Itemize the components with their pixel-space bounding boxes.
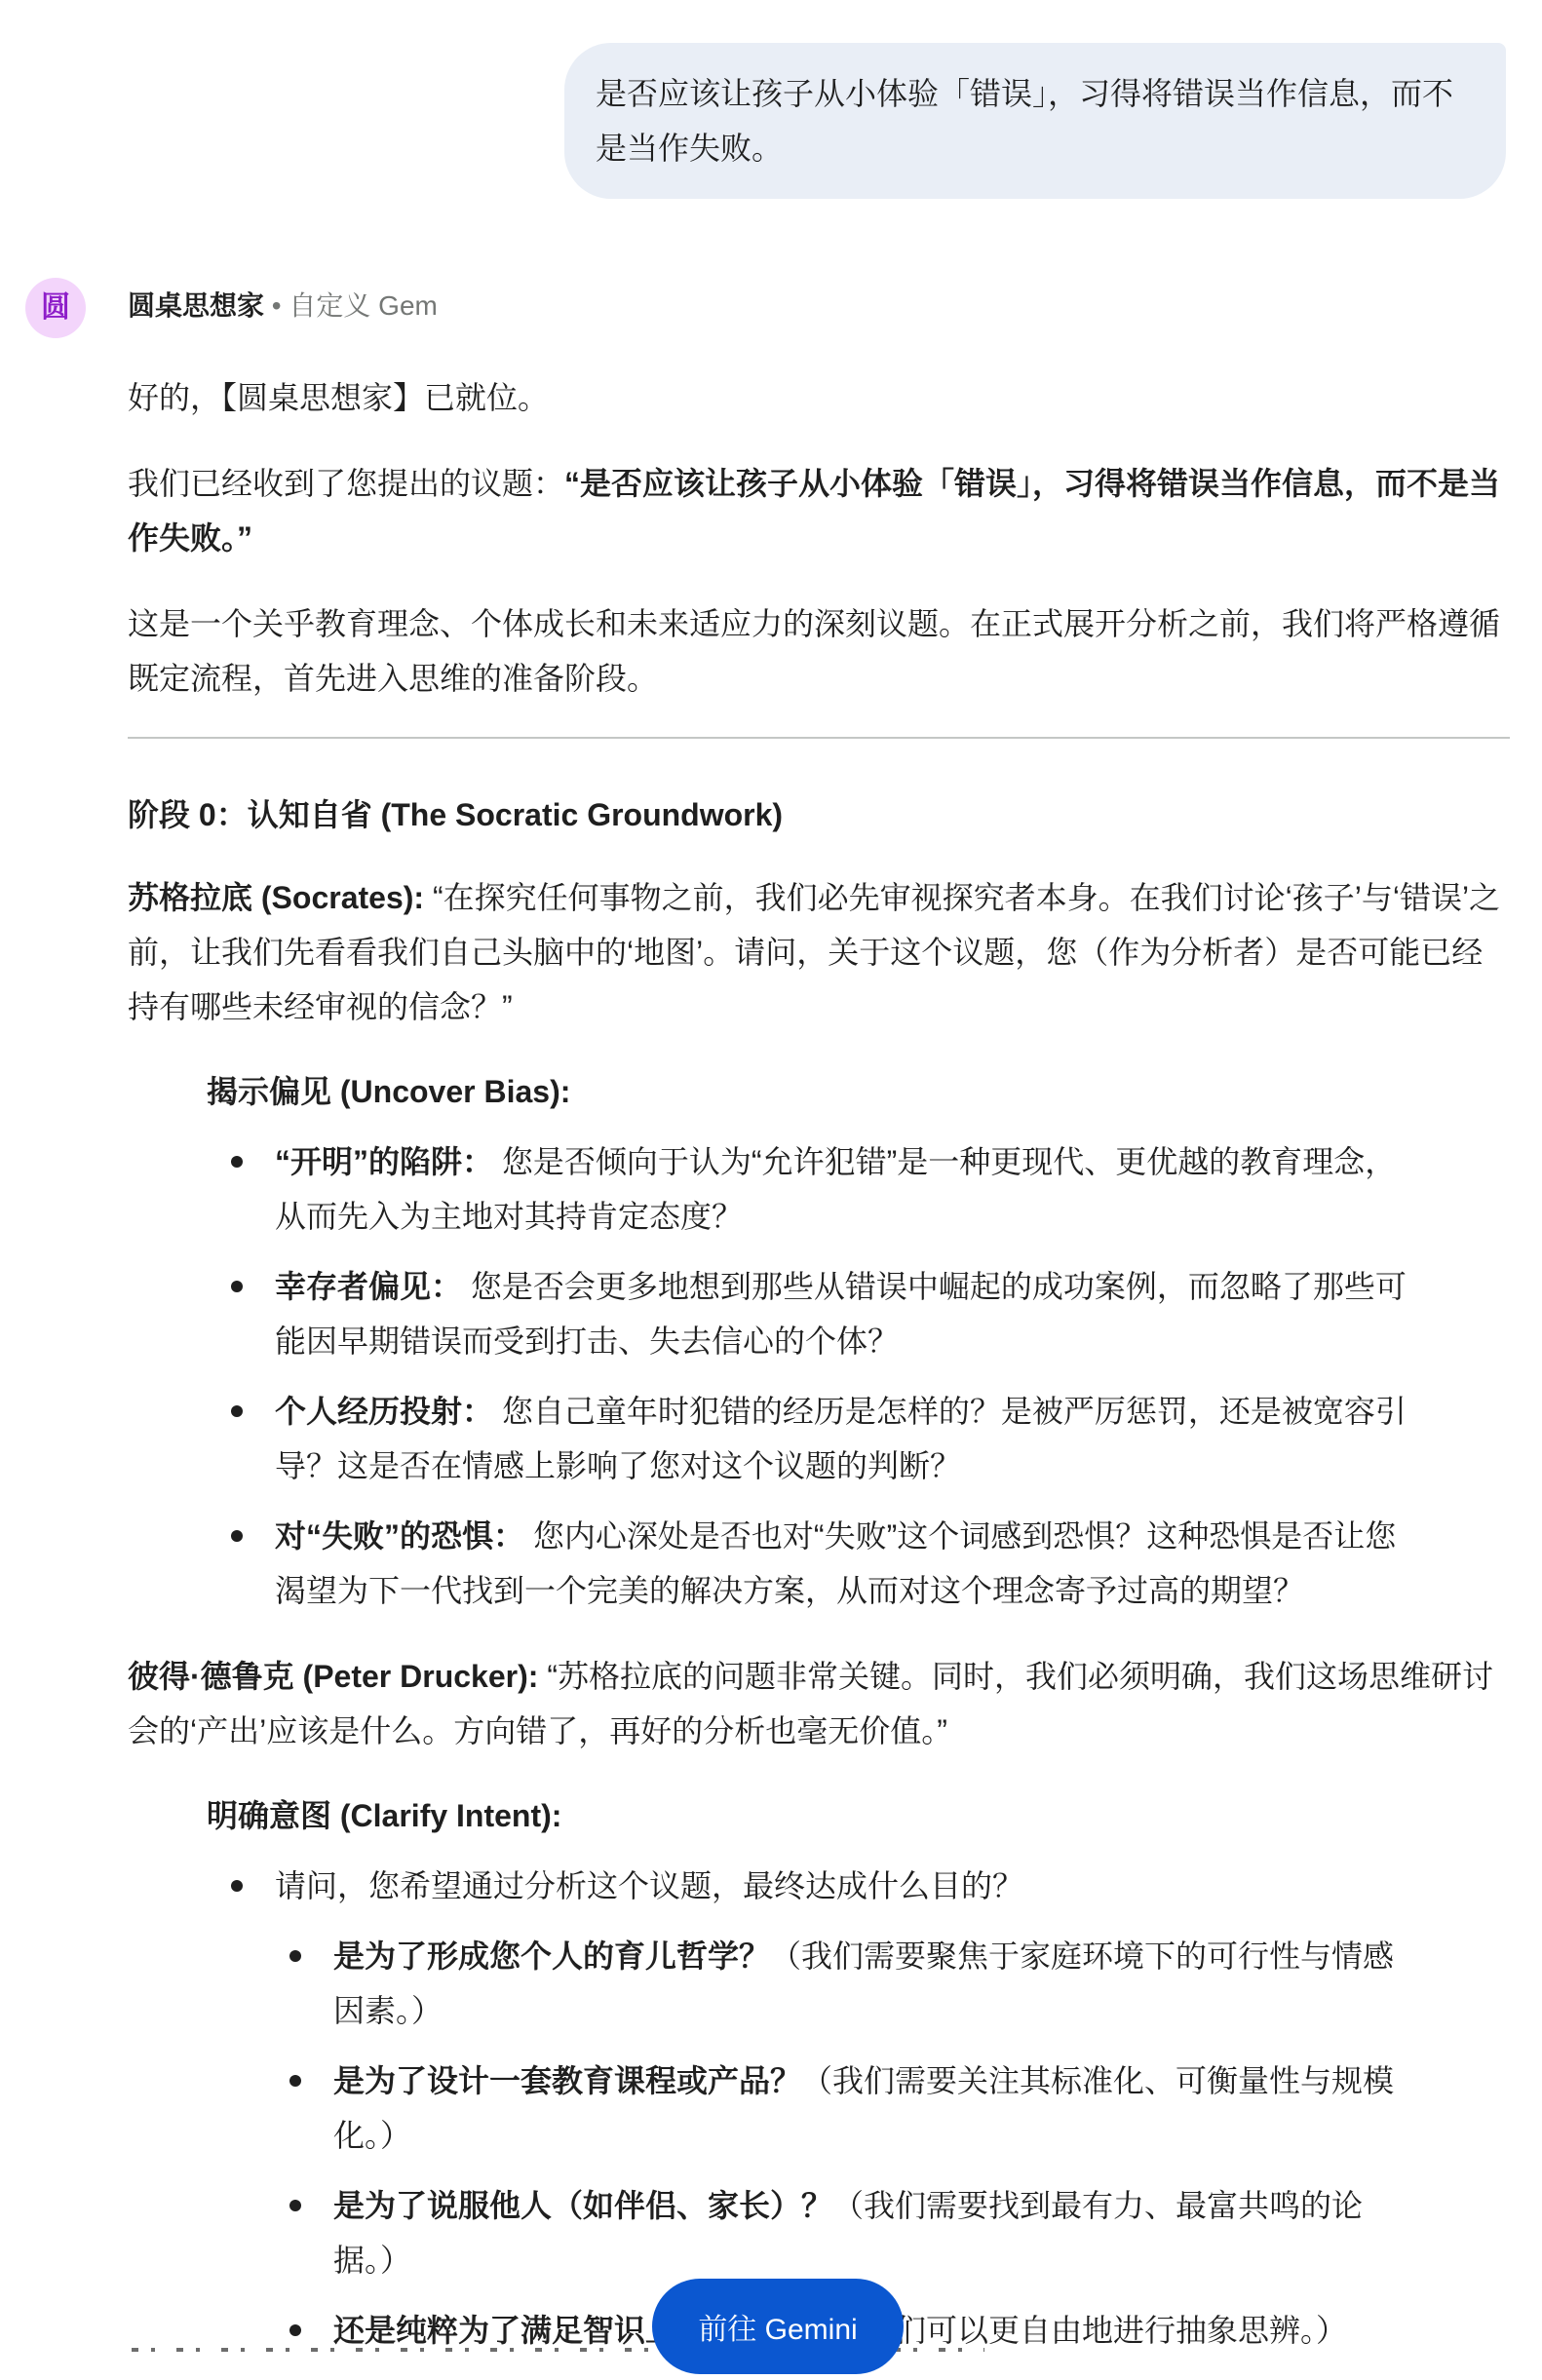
phase-heading: 阶段 0：认知自省 (The Socratic Groundwork) — [128, 787, 1510, 842]
option-term: 是为了形成您个人的育儿哲学？ — [333, 1939, 770, 1974]
bullet-icon — [231, 1530, 243, 1542]
list-item: 幸存者偏见： 您是否会更多地想到那些从错误中崛起的成功案例，而忽略了那些可能因早… — [275, 1259, 1415, 1368]
topic-prefix: 我们已经收到了您提出的议题： — [128, 466, 564, 501]
response-content: 好的，【圆桌思想家】已就位。 我们已经收到了您提出的议题：“是否应该让孩子从小体… — [128, 370, 1510, 2358]
uncover-bias-list: “开明”的陷阱： 您是否倾向于认为“允许犯错”是一种更现代、更优越的教育理念，从… — [207, 1134, 1415, 1618]
gem-type: 自定义 Gem — [289, 290, 437, 321]
clarify-intent-block: 明确意图 (Clarify Intent): 请问，您希望通过分析这个议题，最终… — [207, 1788, 1415, 2358]
go-to-gemini-label: 前往 Gemini — [698, 2305, 857, 2348]
topic-paragraph: 我们已经收到了您提出的议题：“是否应该让孩子从小体验「错误」，习得将错误当作信息… — [128, 456, 1510, 565]
bullet-icon — [231, 1405, 243, 1417]
drucker-speaker: 彼得·德鲁克 (Peter Drucker): — [128, 1659, 538, 1694]
list-item-term: 幸存者偏见： — [275, 1269, 462, 1304]
list-item: 对“失败”的恐惧： 您内心深处是否也对“失败”这个词感到恐惧？这种恐惧是否让您渴… — [275, 1509, 1415, 1618]
socrates-paragraph: 苏格拉底 (Socrates): “在探究任何事物之前，我们必先审视探究者本身。… — [128, 870, 1510, 1034]
gem-name: 圆桌思想家 — [128, 290, 264, 321]
gem-avatar: 圆 — [25, 278, 86, 338]
list-item: 是为了设计一套教育课程或产品？（我们需要关注其标准化、可衡量性与规模化。） — [333, 2054, 1415, 2163]
section-divider — [128, 737, 1510, 739]
clarify-intent-label: 明确意图 (Clarify Intent): — [207, 1788, 1415, 1843]
option-note: （我们可以更自由地进行抽象思辨。） — [832, 2313, 1347, 2348]
bullet-icon — [289, 2075, 301, 2087]
list-item: 是为了说服他人（如伴侣、家长）？（我们需要找到最有力、最富共鸣的论据。） — [333, 2178, 1415, 2287]
option-term: 是为了设计一套教育课程或产品？ — [333, 2063, 801, 2098]
socrates-speaker: 苏格拉底 (Socrates): — [128, 880, 424, 915]
user-query-text: 是否应该让孩子从小体验「错误」，习得将错误当作信息，而不是当作失败。 — [596, 76, 1453, 166]
intro-paragraph: 好的，【圆桌思想家】已就位。 — [128, 370, 1510, 425]
gem-label: 圆桌思想家 • 自定义 Gem — [128, 287, 438, 326]
list-item-term: 个人经历投射： — [275, 1394, 493, 1429]
gem-avatar-icon: 圆 — [41, 293, 70, 323]
bullet-icon — [289, 1950, 301, 1962]
bullet-icon — [231, 1281, 243, 1292]
go-to-gemini-button[interactable]: 前往 Gemini — [652, 2279, 904, 2374]
list-item: 是为了形成您个人的育儿哲学？（我们需要聚焦于家庭环境下的可行性与情感因素。） — [333, 1929, 1415, 2038]
list-item: “开明”的陷阱： 您是否倾向于认为“允许犯错”是一种更现代、更优越的教育理念，从… — [275, 1134, 1415, 1244]
bullet-icon — [289, 2324, 301, 2336]
drucker-paragraph: 彼得·德鲁克 (Peter Drucker): “苏格拉底的问题非常关键。同时，… — [128, 1649, 1510, 1758]
uncover-bias-label: 揭示偏见 (Uncover Bias): — [207, 1064, 1415, 1119]
clarify-question: 请问，您希望通过分析这个议题，最终达成什么目的？ — [275, 1868, 1023, 1903]
context-paragraph: 这是一个关乎教育理念、个体成长和未来适应力的深刻议题。在正式展开分析之前，我们将… — [128, 596, 1510, 706]
user-query-bubble: 是否应该让孩子从小体验「错误」，习得将错误当作信息，而不是当作失败。 — [564, 43, 1506, 199]
bullet-icon — [231, 1880, 243, 1892]
list-item-term: “开明”的陷阱： — [275, 1144, 493, 1179]
list-item-term: 对“失败”的恐惧： — [275, 1518, 524, 1554]
gem-separator: • — [264, 290, 289, 321]
bullet-icon — [289, 2200, 301, 2211]
uncover-bias-block: 揭示偏见 (Uncover Bias): “开明”的陷阱： 您是否倾向于认为“允… — [207, 1064, 1415, 1618]
bullet-icon — [231, 1156, 243, 1168]
list-item: 个人经历投射： 您自己童年时犯错的经历是怎样的？是被严厉惩罚，还是被宽容引导？这… — [275, 1384, 1415, 1493]
option-term: 是为了说服他人（如伴侣、家长）？ — [333, 2188, 832, 2223]
